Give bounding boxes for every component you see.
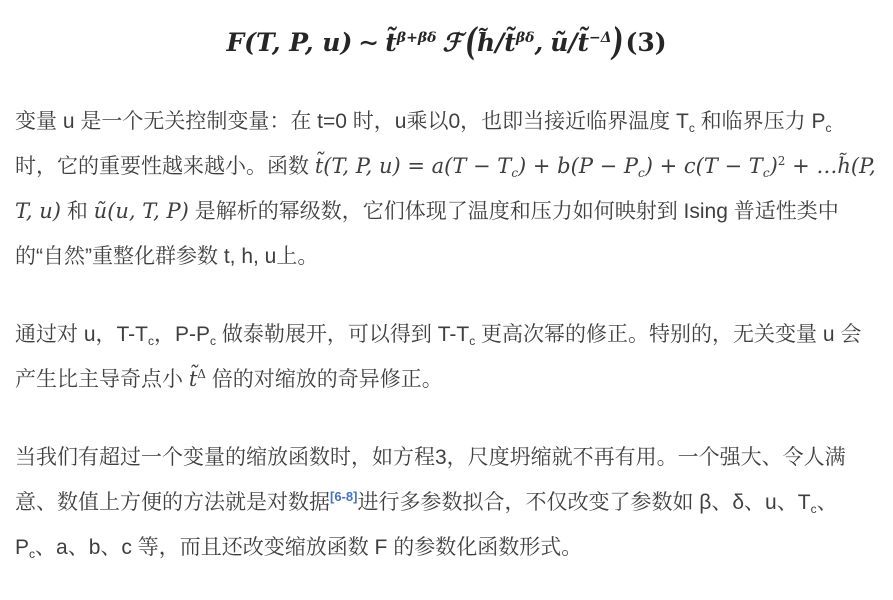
text-run: 变量 u 是一个无关控制变量：在 t=0 时，u乘以0，也即当接近临界温度 T: [15, 110, 689, 133]
eq-close-paren: ): [612, 20, 624, 64]
subscript: c: [826, 121, 832, 135]
text-run: 倍的对缩放的奇异修正。: [206, 368, 443, 391]
math-subscript: c: [638, 166, 645, 180]
inline-math-run: ) + c(T − T: [645, 154, 763, 178]
math-subscript: c: [763, 166, 770, 180]
text-run: 通过对 u，T-T: [15, 323, 148, 346]
citation-ref[interactable]: [6-8]: [330, 489, 357, 504]
paragraph-1: 变量 u 是一个无关控制变量：在 t=0 时，u乘以0，也即当接近临界温度 Tc…: [15, 99, 878, 279]
paragraph-2: 通过对 u，T-Tc，P-Pc 做泰勒展开，可以得到 T-Tc 更高次幂的修正。…: [15, 312, 878, 402]
display-equation: F(T, P, u)∼t̃β+βδℱ(h̃/t̃βδ,ũ/t̃−Δ)(3): [15, 28, 878, 57]
eq-arg2-base: ũ/t̃: [550, 28, 589, 57]
paragraph-3: 当我们有超过一个变量的缩放函数时，如方程3，尺度坍缩就不再有用。一个强大、令人满…: [15, 435, 878, 570]
eq-open-paren: (: [465, 20, 477, 64]
text-run: 做泰勒展开，可以得到 T-T: [216, 323, 469, 346]
text-run: ，P-P: [154, 323, 210, 346]
text-run: 时，它的重要性越来越小。函数: [15, 155, 315, 178]
equation-number: (3): [623, 28, 666, 57]
text-run: 和: [61, 200, 94, 223]
inline-math-run: ): [770, 154, 778, 178]
eq-arg2-exponent: −Δ: [589, 30, 612, 46]
math-superscript: Δ: [197, 367, 206, 381]
inline-math-run: ) + b(P − P: [518, 154, 638, 178]
text-run: 、a、b、c 等，而且还改变缩放函数 F 的参数化函数形式。: [35, 536, 582, 559]
text-run: 进行多参数拟合，不仅改变了参数如 β、δ、u、T: [357, 491, 810, 514]
inline-math-run: t̃(T, P, u) = a(T − T: [315, 154, 511, 178]
eq-relation-symbol: ∼: [352, 28, 385, 57]
eq-arg1-base: h̃/t̃: [477, 28, 516, 57]
document-page: F(T, P, u)∼t̃β+βδℱ(h̃/t̃βδ,ũ/t̃−Δ)(3) 变量…: [0, 0, 893, 570]
eq-lhs: F(T, P, u): [226, 28, 352, 57]
eq-prefactor-base: t̃: [385, 28, 397, 57]
text-run: 和临界压力 P: [695, 110, 826, 133]
scaling-function-symbol: ℱ: [436, 28, 465, 57]
eq-arg1-exponent: βδ: [516, 30, 535, 46]
eq-argument-separator: ,: [534, 28, 543, 57]
inline-math-run: ũ(u, T, P): [94, 199, 189, 223]
eq-prefactor-exponent: β+βδ: [397, 30, 437, 46]
